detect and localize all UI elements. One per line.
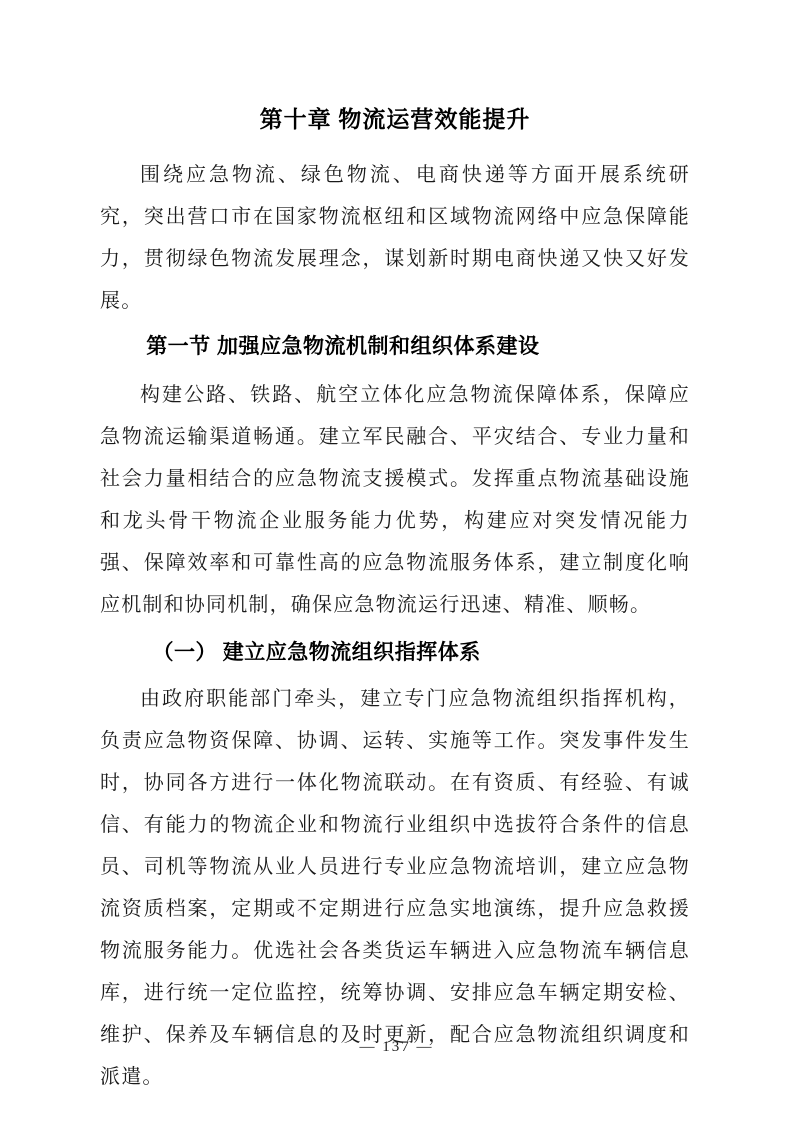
section-paragraph: 构建公路、铁路、航空立体化应急物流保障体系，保障应急物流运输渠道畅通。建立军民融… [100, 374, 690, 626]
chapter-title: 第十章 物流运营效能提升 [100, 102, 690, 138]
document-page: 第十章 物流运营效能提升 围绕应急物流、绿色物流、电商快递等方面开展系统研究，突… [0, 0, 793, 1122]
subsection-paragraph: 由政府职能部门牵头，建立专门应急物流组织指挥机构，负责应急物资保障、协调、运转、… [100, 678, 690, 1098]
page-number: — 137 — [0, 1038, 793, 1056]
section-heading: 第一节 加强应急物流机制和组织体系建设 [100, 332, 690, 362]
subsection-heading: （一） 建立应急物流组织指挥体系 [100, 637, 690, 667]
page-content: 第十章 物流运营效能提升 围绕应急物流、绿色物流、电商快递等方面开展系统研究，突… [0, 0, 793, 1098]
intro-paragraph: 围绕应急物流、绿色物流、电商快递等方面开展系统研究，突出营口市在国家物流枢纽和区… [100, 154, 690, 322]
